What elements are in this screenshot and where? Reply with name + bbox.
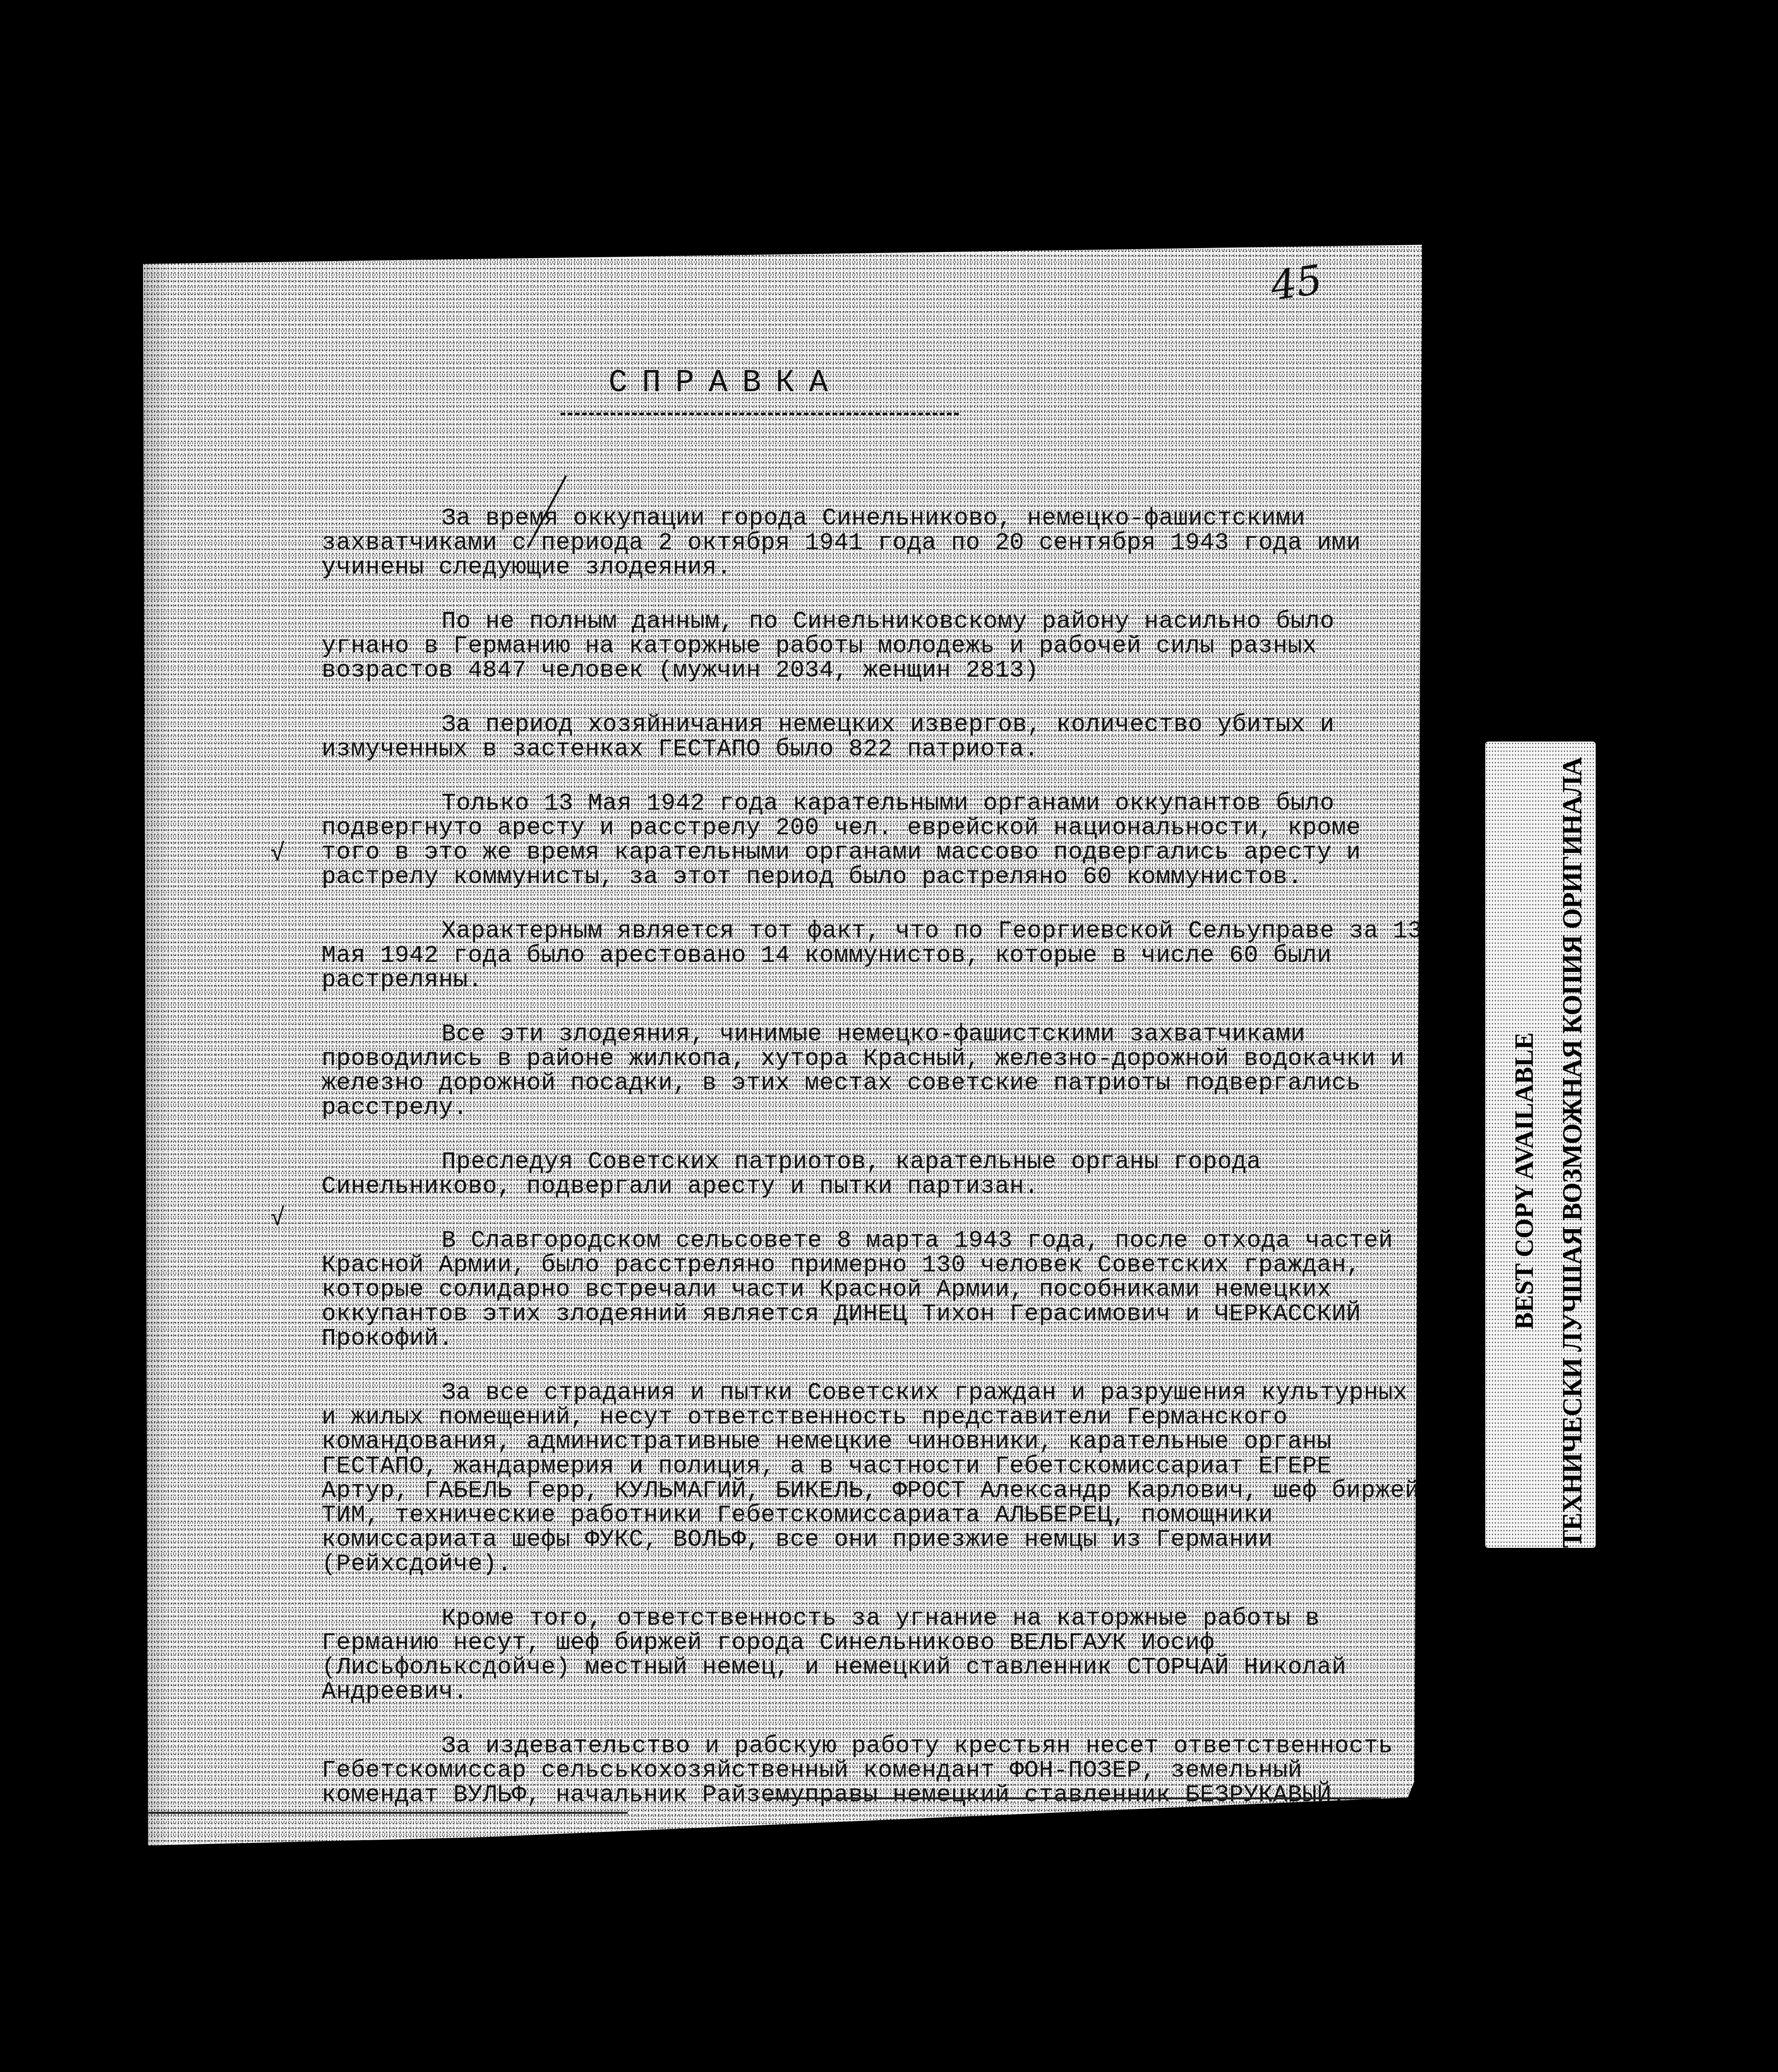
archive-label: BEST COPY AVAILABLE ТЕХНИЧЕСКИ ЛУЧШАЯ ВО… [1485,742,1596,1548]
document-title: СПРАВКА [609,365,842,401]
document-body: За время оккупации города Синельниково, … [322,506,1425,1837]
paragraph: Кроме того, ответственность за угнание н… [322,1606,1425,1704]
paragraph: По не полным данным, по Синельниковскому… [322,610,1425,683]
paragraph: Все эти злодеяния, чинимые немецко-фашис… [322,1022,1425,1120]
paragraph: Преследуя Советских патриотов, карательн… [322,1150,1425,1199]
paragraph: Характерным является тот факт, что по Ге… [322,919,1425,993]
best-copy-label-ru: ТЕХНИЧЕСКИ ЛУЧШАЯ ВОЗМОЖНАЯ КОПИЯ ОРИГИН… [1557,757,1588,1548]
margin-checkmark: √ [270,1205,285,1233]
bottom-rule [767,1797,1381,1799]
bottom-rule [143,1812,628,1814]
title-underline [561,413,959,415]
document-page: 45 СПРАВКА √ √ За время оккупации города… [143,245,1422,1845]
paragraph: За издевательство и рабскую работу крест… [322,1734,1425,1808]
paragraph: За время оккупации города Синельниково, … [322,506,1425,580]
paragraph: За период хозяйничания немецких извергов… [322,713,1425,762]
paragraph: В Славгородском сельсовете 8 марта 1943 … [322,1229,1425,1351]
margin-checkmark: √ [270,840,285,868]
best-copy-label-en: BEST COPY AVAILABLE [1509,1032,1539,1329]
folio-number: 45 [1268,256,1325,310]
paragraph: Только 13 Мая 1942 года карательными орг… [322,791,1425,889]
paragraph: За все страдания и пытки Советских гражд… [322,1381,1425,1577]
